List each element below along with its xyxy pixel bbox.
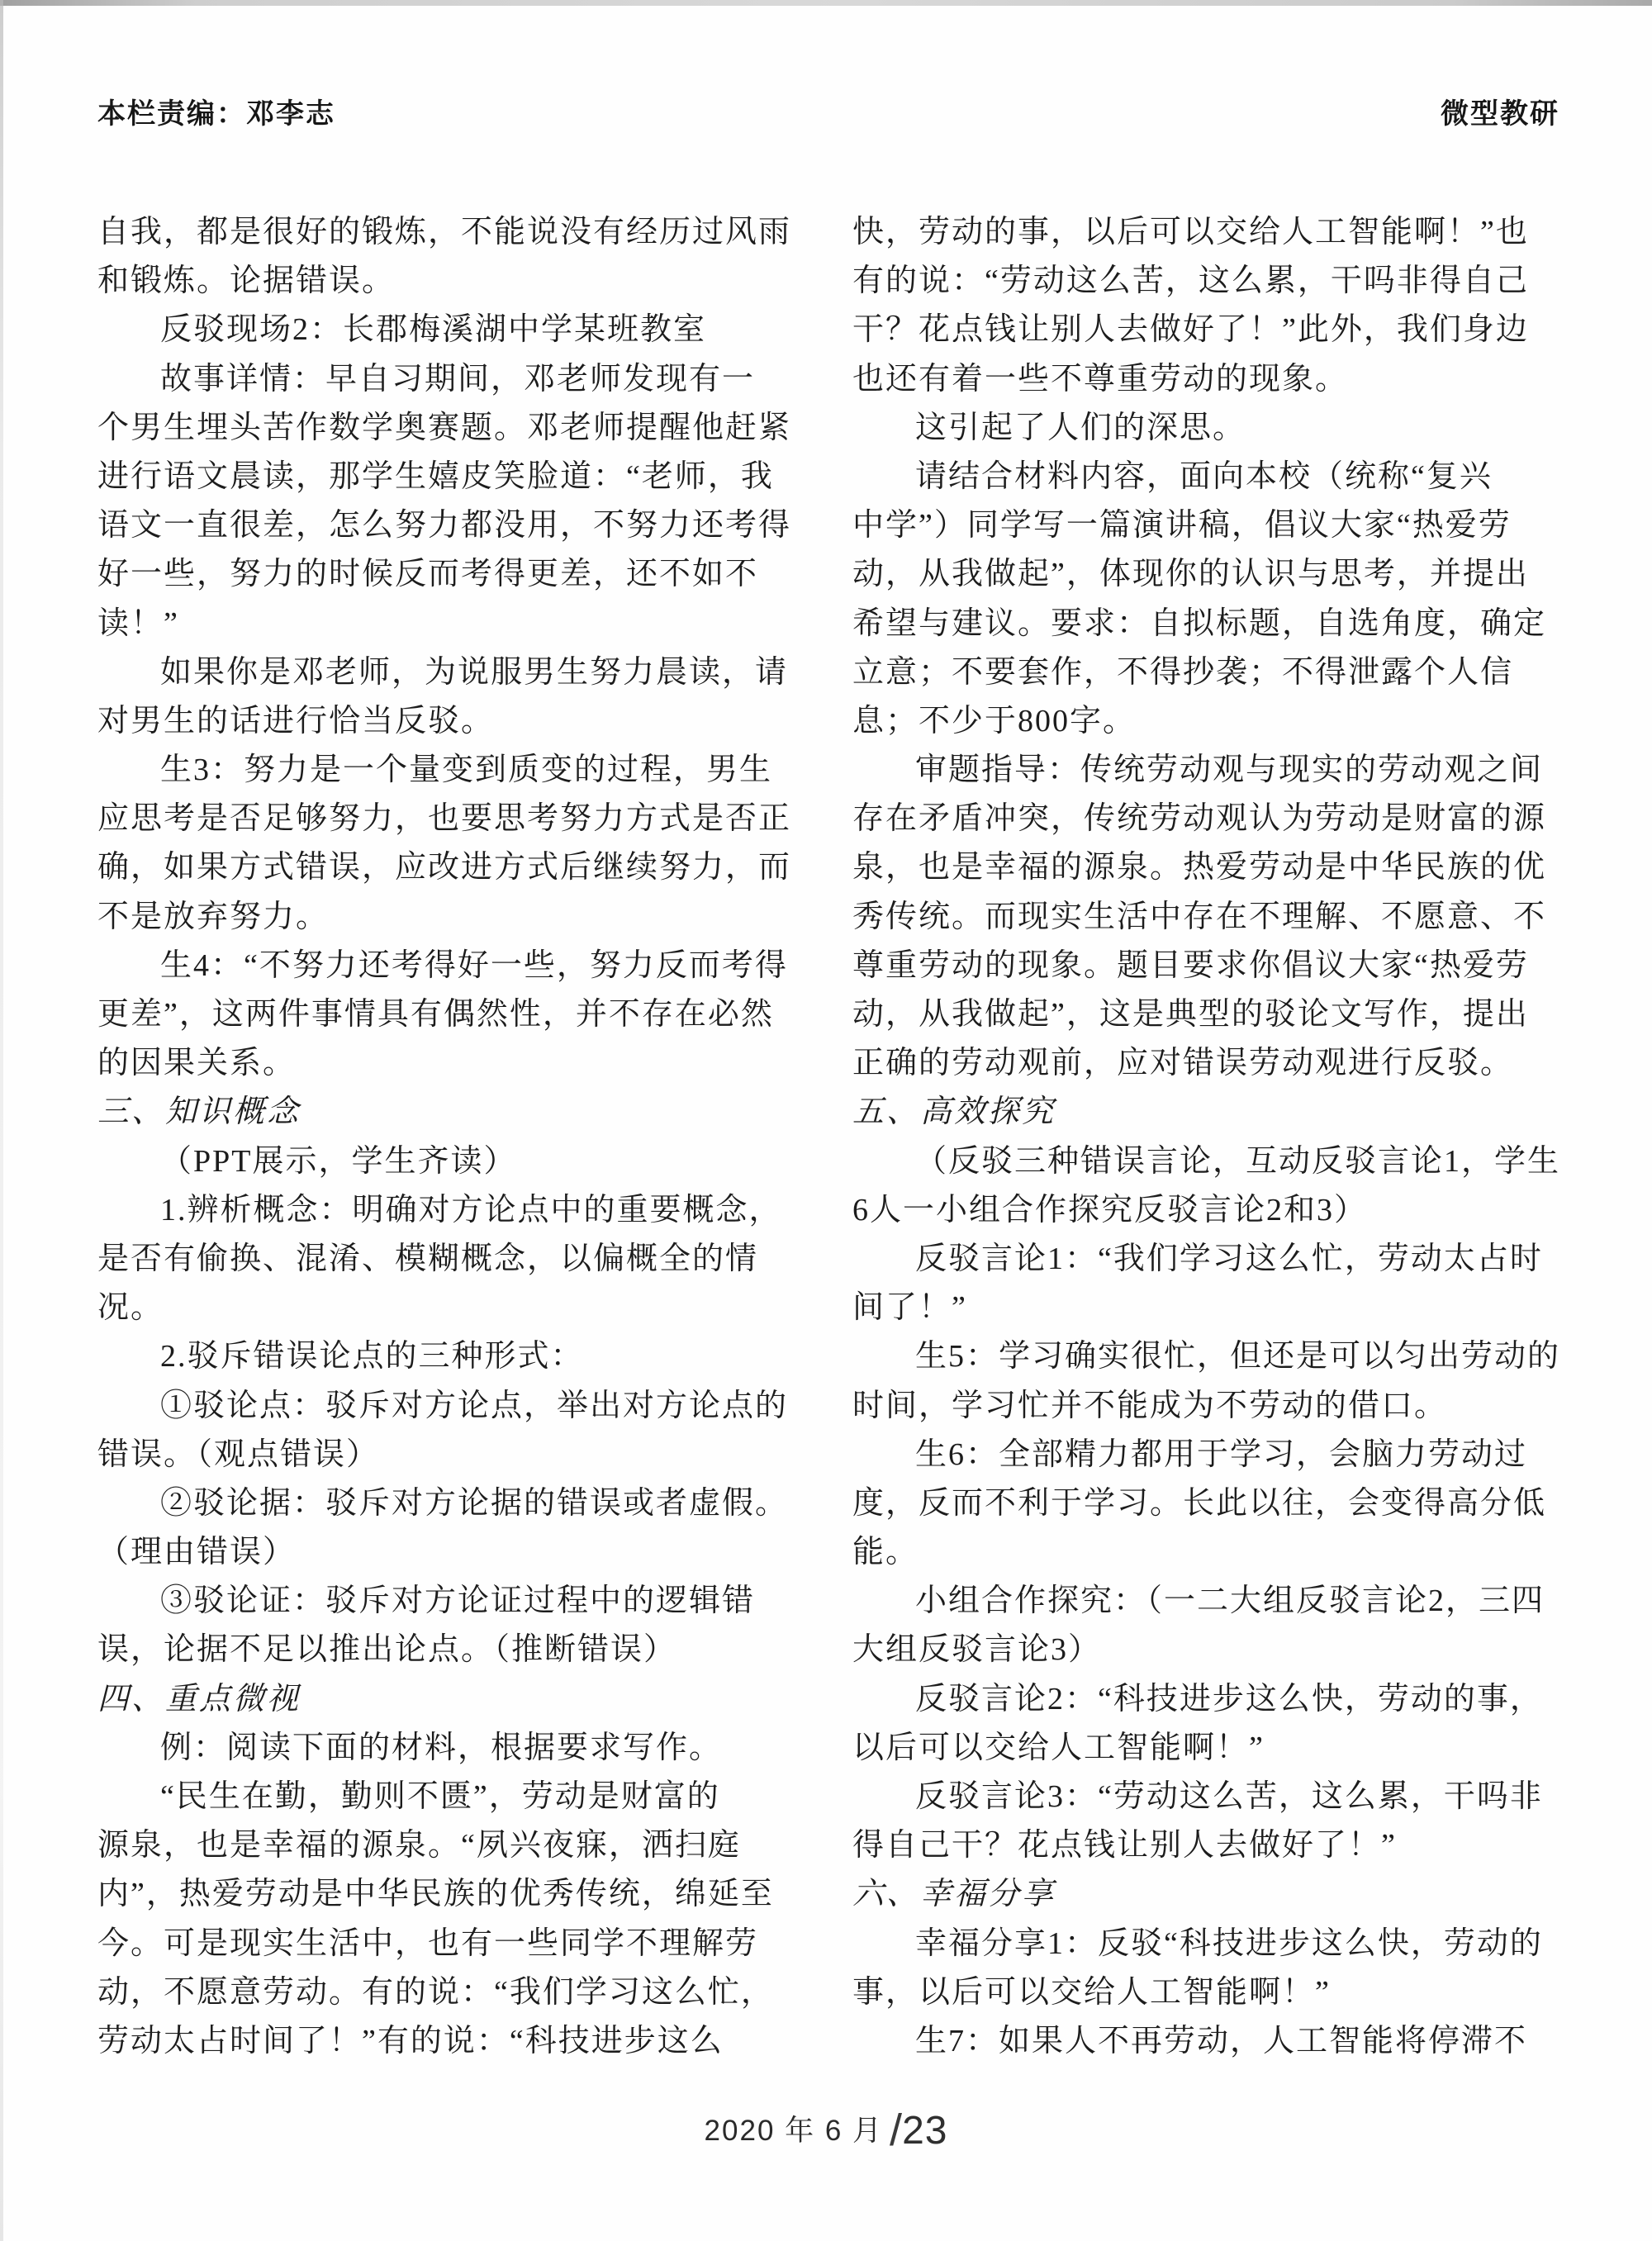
scan-edge-left xyxy=(0,0,3,2241)
text-line: 反驳现场2：长郡梅溪湖中学某班教室 xyxy=(97,306,801,354)
page-footer: 2020 年 6 月/23 xyxy=(0,2105,1652,2156)
text-line: 生4：“不努力还考得好一些，努力反而考得 xyxy=(97,942,801,990)
text-line: ①驳论点：驳斥对方论点，举出对方论点的 xyxy=(97,1382,801,1431)
text-line: 间了！” xyxy=(852,1284,1556,1332)
text-line: （PPT展示，学生齐读） xyxy=(97,1137,801,1186)
text-line: 息；不少于800字。 xyxy=(852,697,1556,746)
text-line: 干？花点钱让别人去做好了！”此外，我们身边 xyxy=(852,306,1556,354)
column-editor-label: 本栏责编：邓李志 xyxy=(97,91,335,131)
text-line: 中学”）同学写一篇演讲稿，倡议大家“热爱劳 xyxy=(852,501,1556,550)
text-line: “民生在勤，勤则不匮”，劳动是财富的 xyxy=(97,1773,801,1821)
right-column: 快，劳动的事，以后可以交给人工智能啊！”也有的说：“劳动这么苦，这么累，干吗非得… xyxy=(852,208,1556,2066)
section-heading-line: 五、高效探究 xyxy=(852,1088,1556,1137)
text-line: 反驳言论2：“科技进步这么快，劳动的事， xyxy=(852,1675,1556,1724)
page-number: 23 xyxy=(902,2109,947,2153)
text-line: 内”，热爱劳动是中华民族的优秀传统，绵延至 xyxy=(97,1870,801,1919)
text-line: 个男生埋头苦作数学奥赛题。邓老师提醒他赶紧 xyxy=(97,404,801,453)
section-heading-line: 六、幸福分享 xyxy=(852,1870,1556,1919)
text-line: 请结合材料内容，面向本校（统称“复兴 xyxy=(852,453,1556,501)
text-line: 时间，学习忙并不能成为不劳动的借口。 xyxy=(852,1382,1556,1431)
text-line: 事，以后可以交给人工智能啊！” xyxy=(852,1968,1556,2017)
text-line: 确，如果方式错误，应改进方式后继续努力，而 xyxy=(97,843,801,892)
text-line: 立意；不要套作，不得抄袭；不得泄露个人信 xyxy=(852,648,1556,697)
text-line: 反驳言论1：“我们学习这么忙，劳动太占时 xyxy=(852,1235,1556,1284)
text-line: 况。 xyxy=(97,1284,801,1332)
text-line: 6人一小组合作探究反驳言论2和3） xyxy=(852,1186,1556,1235)
text-line: 今。可是现实生活中，也有一些同学不理解劳 xyxy=(97,1920,801,1968)
text-line: 度，反而不利于学习。长此以往，会变得高分低 xyxy=(852,1479,1556,1528)
scan-edge-top xyxy=(0,0,1652,6)
text-line: 能。 xyxy=(852,1528,1556,1577)
article-body: 自我，都是很好的锻炼，不能说没有经历过风雨和锻炼。论据错误。反驳现场2：长郡梅溪… xyxy=(97,208,1556,2066)
text-line: 生6：全部精力都用于学习，会脑力劳动过 xyxy=(852,1431,1556,1479)
text-line: 自我，都是很好的锻炼，不能说没有经历过风雨 xyxy=(97,208,801,257)
text-line: 生3：努力是一个量变到质变的过程，男生 xyxy=(97,746,801,795)
footer-date: 2020 年 6 月 xyxy=(705,2115,884,2147)
text-line: 2.驳斥错误论点的三种形式： xyxy=(97,1332,801,1381)
text-line: 以后可以交给人工智能啊！” xyxy=(852,1724,1556,1773)
section-heading-line: 四、重点微视 xyxy=(97,1675,801,1724)
text-line: 劳动太占时间了！”有的说：“科技进步这么 xyxy=(97,2017,801,2066)
text-line: 存在矛盾冲突，传统劳动观认为劳动是财富的源 xyxy=(852,795,1556,843)
text-line: 错误。（观点错误） xyxy=(97,1431,801,1479)
text-line: 尊重劳动的现象。题目要求你倡议大家“热爱劳 xyxy=(852,942,1556,990)
text-line: 应思考是否足够努力，也要思考努力方式是否正 xyxy=(97,795,801,843)
text-line: 更差”，这两件事情具有偶然性，并不存在必然 xyxy=(97,990,801,1039)
text-line: 生7：如果人不再劳动，人工智能将停滞不 xyxy=(852,2017,1556,2066)
text-line: 进行语文晨读，那学生嬉皮笑脸道：“老师，我 xyxy=(97,453,801,501)
section-title: 微型教研 xyxy=(1441,91,1559,131)
text-line: 1.辨析概念：明确对方论点中的重要概念， xyxy=(97,1186,801,1235)
footer-separator-icon: / xyxy=(890,2106,902,2155)
text-line: ③驳论证：驳斥对方论证过程中的逻辑错 xyxy=(97,1577,801,1626)
text-line: 有的说：“劳动这么苦，这么累，干吗非得自己 xyxy=(852,257,1556,306)
text-line: 对男生的话进行恰当反驳。 xyxy=(97,697,801,746)
text-line: 源泉，也是幸福的源泉。“夙兴夜寐，洒扫庭 xyxy=(97,1821,801,1870)
text-line: 也还有着一些不尊重劳动的现象。 xyxy=(852,355,1556,404)
magazine-page: 本栏责编：邓李志 微型教研 自我，都是很好的锻炼，不能说没有经历过风雨和锻炼。论… xyxy=(0,0,1652,2241)
text-line: 例：阅读下面的材料，根据要求写作。 xyxy=(97,1724,801,1773)
section-heading-line: 三、知识概念 xyxy=(97,1088,801,1137)
text-line: 得自己干？花点钱让别人去做好了！” xyxy=(852,1821,1556,1870)
text-line: 这引起了人们的深思。 xyxy=(852,404,1556,453)
text-line: 反驳言论3：“劳动这么苦，这么累，干吗非 xyxy=(852,1773,1556,1821)
text-line: （理由错误） xyxy=(97,1528,801,1577)
text-line: 动，从我做起”，体现你的认识与思考，并提出 xyxy=(852,550,1556,599)
text-line: 的因果关系。 xyxy=(97,1039,801,1088)
text-line: 幸福分享1：反驳“科技进步这么快，劳动的 xyxy=(852,1920,1556,1968)
text-line: 不是放弃努力。 xyxy=(97,893,801,942)
text-line: ②驳论据：驳斥对方论据的错误或者虚假。 xyxy=(97,1479,801,1528)
text-line: 小组合作探究：（一二大组反驳言论2，三四 xyxy=(852,1577,1556,1626)
text-line: 大组反驳言论3） xyxy=(852,1626,1556,1674)
text-line: 语文一直很差，怎么努力都没用，不努力还考得 xyxy=(97,501,801,550)
text-line: 希望与建议。要求：自拟标题，自选角度，确定 xyxy=(852,600,1556,648)
text-line: 如果你是邓老师，为说服男生努力晨读，请 xyxy=(97,648,801,697)
text-line: 快，劳动的事，以后可以交给人工智能啊！”也 xyxy=(852,208,1556,257)
text-line: 动，不愿意劳动。有的说：“我们学习这么忙， xyxy=(97,1968,801,2017)
text-line: 动，从我做起”，这是典型的驳论文写作，提出 xyxy=(852,990,1556,1039)
text-line: （反驳三种错误言论，互动反驳言论1，学生 xyxy=(852,1137,1556,1186)
text-line: 泉，也是幸福的源泉。热爱劳动是中华民族的优 xyxy=(852,843,1556,892)
text-line: 误，论据不足以推出论点。（推断错误） xyxy=(97,1626,801,1674)
left-column: 自我，都是很好的锻炼，不能说没有经历过风雨和锻炼。论据错误。反驳现场2：长郡梅溪… xyxy=(97,208,801,2066)
text-line: 好一些，努力的时候反而考得更差，还不如不 xyxy=(97,550,801,599)
text-line: 正确的劳动观前，应对错误劳动观进行反驳。 xyxy=(852,1039,1556,1088)
text-line: 和锻炼。论据错误。 xyxy=(97,257,801,306)
page-header: 本栏责编：邓李志 微型教研 xyxy=(97,91,1559,131)
text-line: 秀传统。而现实生活中存在不理解、不愿意、不 xyxy=(852,893,1556,942)
text-line: 是否有偷换、混淆、模糊概念，以偏概全的情 xyxy=(97,1235,801,1284)
text-line: 审题指导：传统劳动观与现实的劳动观之间 xyxy=(852,746,1556,795)
text-line: 生5：学习确实很忙，但还是可以匀出劳动的 xyxy=(852,1332,1556,1381)
text-line: 故事详情：早自习期间，邓老师发现有一 xyxy=(97,355,801,404)
text-line: 读！” xyxy=(97,600,801,648)
